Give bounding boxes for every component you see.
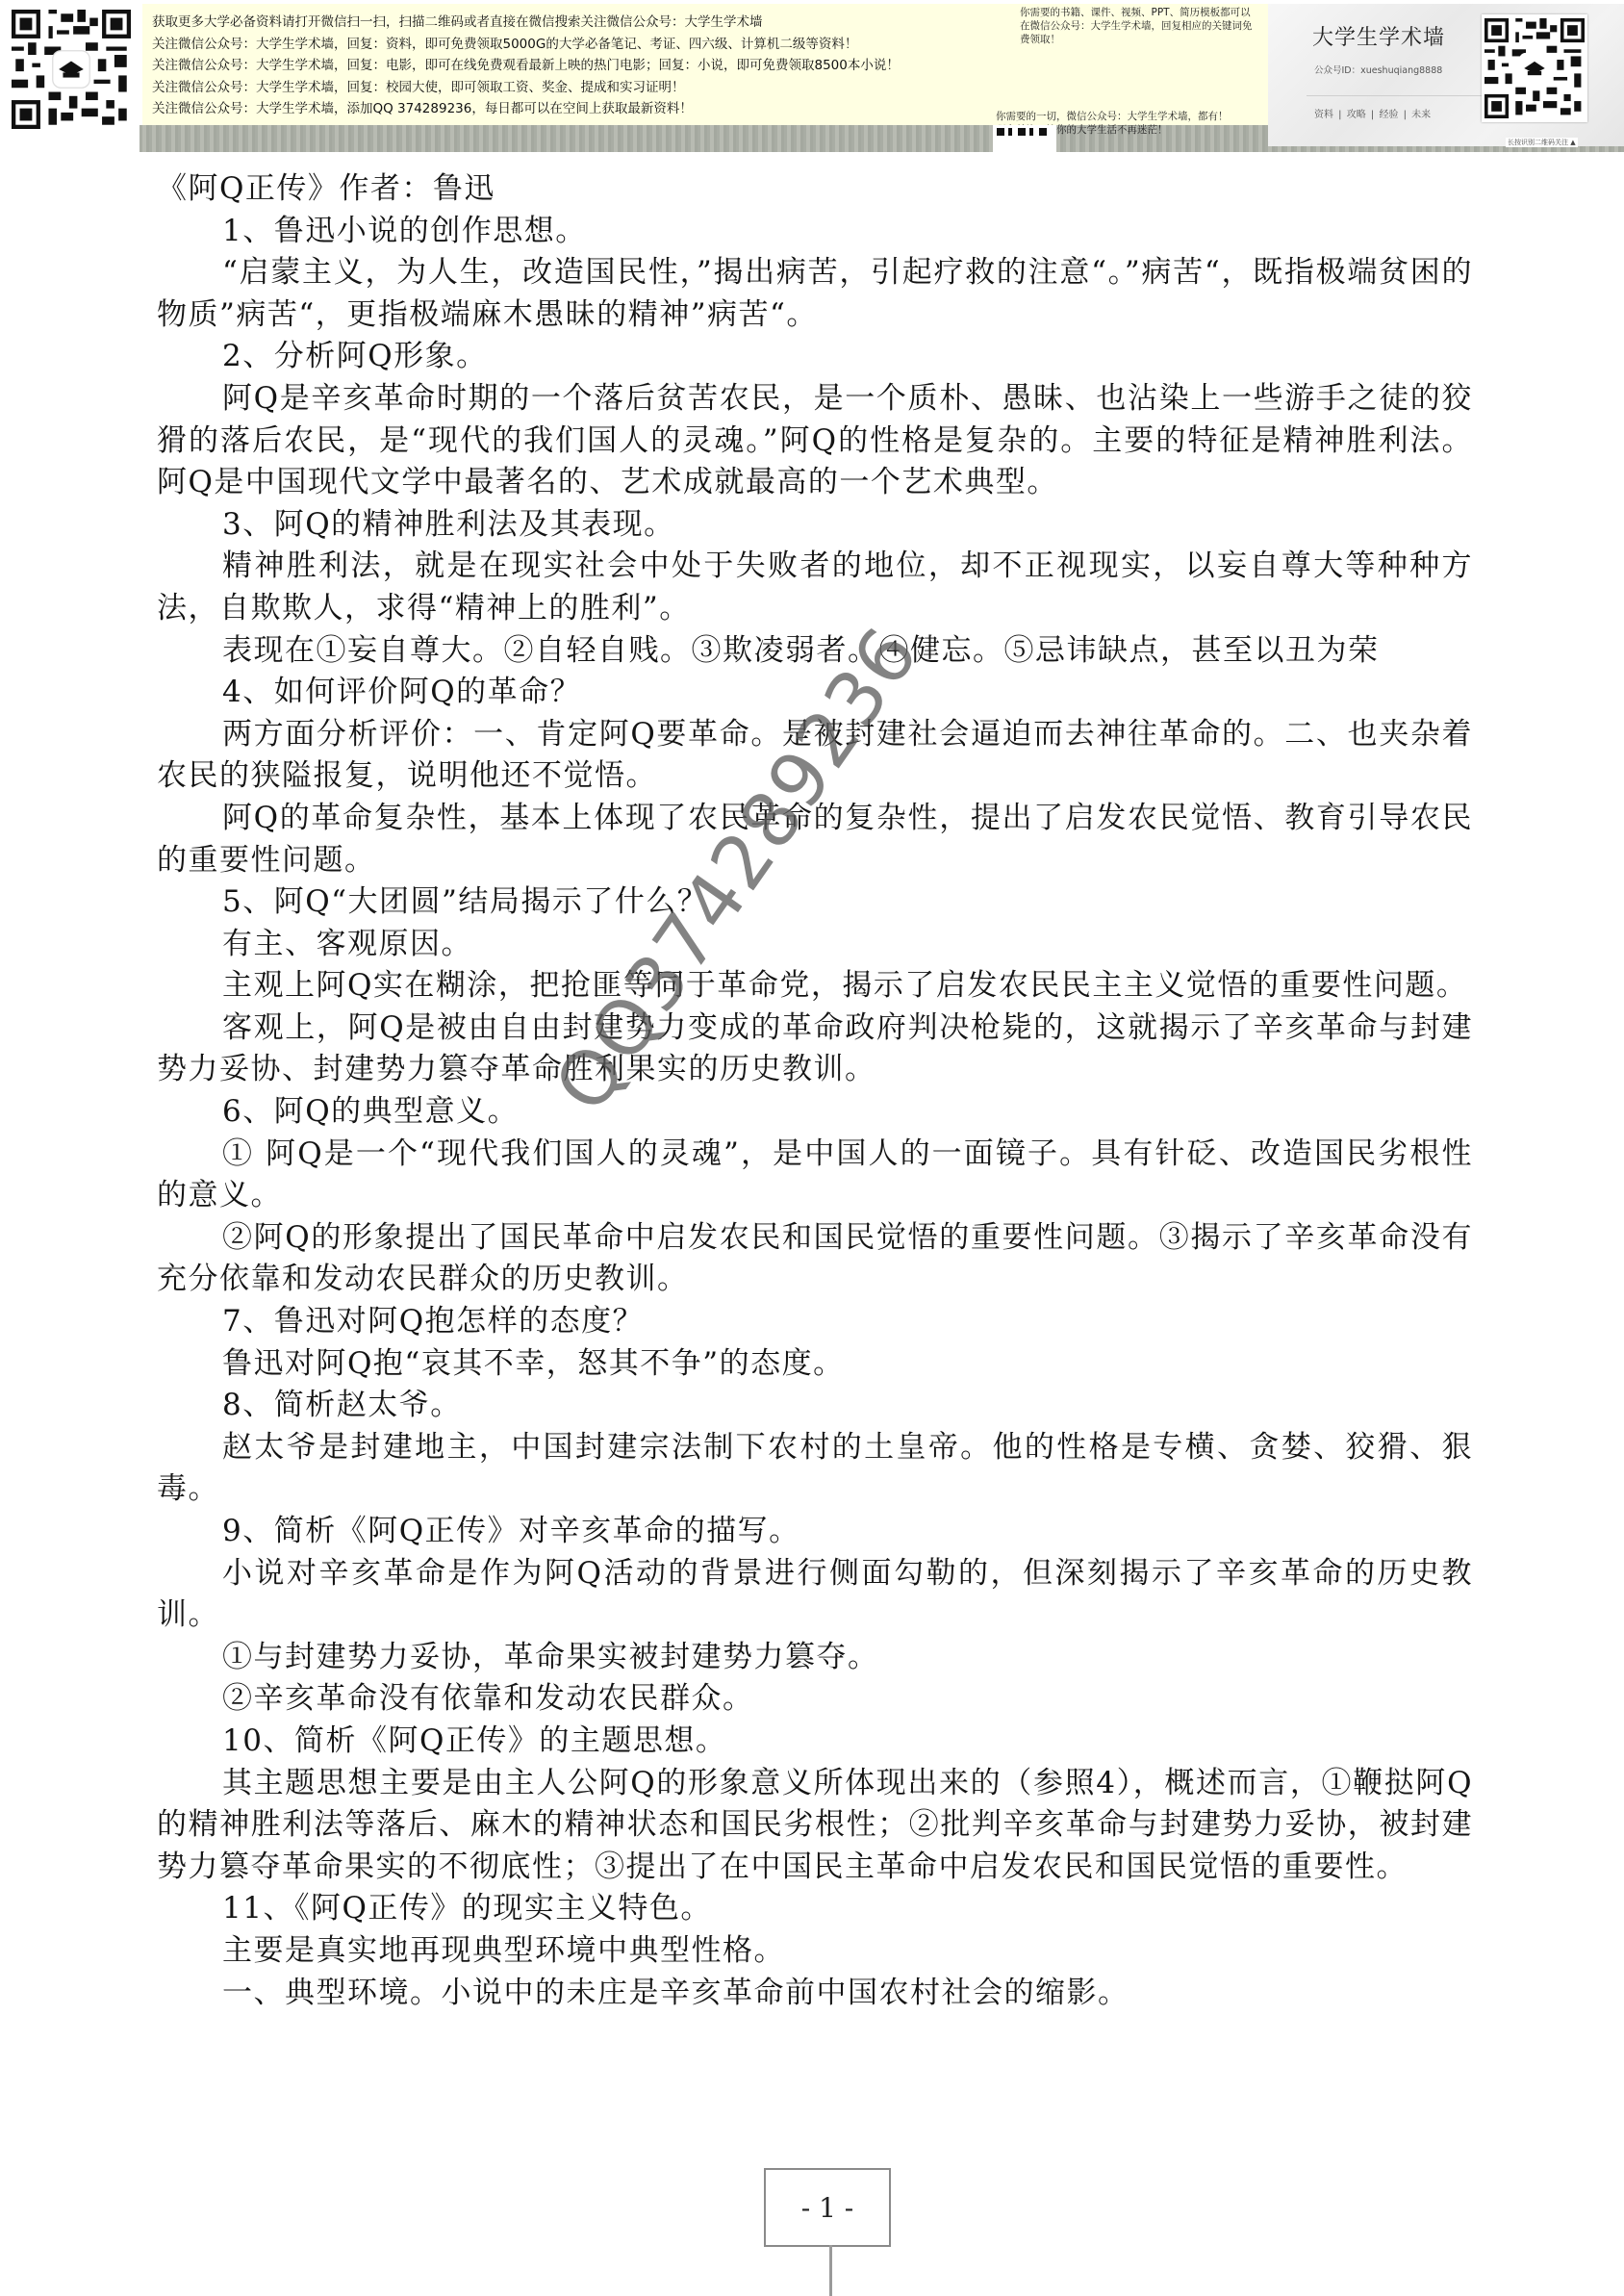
brand-tags: 资料 | 攻略 | 经验 | 未来: [1314, 106, 1431, 120]
brand-account-id: 公众号ID：xueshuqiang8888: [1314, 63, 1442, 76]
section-heading: 9、简析《阿Q正传》对辛亥革命的描写。: [157, 1511, 1473, 1553]
banner-side-note: 你需要的书籍、课件、视频、PPT、简历模板都可以在微信公众号：大学生学术墙，回复…: [1020, 6, 1260, 46]
paragraph: 客观上，阿Q是被由自由封建势力变成的革命政府判决枪毙的，这就揭示了辛亥革命与封建…: [157, 1008, 1473, 1091]
brand-divider: [1307, 95, 1489, 96]
page-number-box: - 1 -: [764, 2168, 891, 2247]
qr-code-icon: [8, 6, 135, 133]
paragraph: “启蒙主义，为人生，改造国民性，”揭出病苦，引起疗救的注意“。”病苦“，既指极端…: [157, 252, 1473, 336]
section-heading: 3、阿Q的精神胜利法及其表现。: [157, 504, 1473, 547]
section-heading: 2、分析阿Q形象。: [157, 336, 1473, 378]
section-heading: 4、如何评价阿Q的革命？: [157, 672, 1473, 714]
banner-line: 关注微信公众号：大学生学术墙，添加QQ 374289236，每日都可以在空间上获…: [152, 98, 999, 120]
section-heading: 10、简析《阿Q正传》的主题思想。: [157, 1721, 1473, 1763]
section-heading: 11、《阿Q正传》的现实主义特色。: [157, 1888, 1473, 1930]
banner-promo-lines: 获取更多大学必备资料请打开微信扫一扫，扫描二维码或者直接在微信搜索关注微信公众号…: [152, 12, 999, 120]
qr-code-icon: [1482, 14, 1587, 122]
document-body: 《阿Q正传》作者：鲁迅 1、鲁迅小说的创作思想。 “启蒙主义，为人生，改造国民性…: [157, 168, 1473, 2014]
paragraph: 主要是真实地再现典型环境中典型性格。: [157, 1930, 1473, 1973]
section-heading: 8、简析赵太爷。: [157, 1385, 1473, 1427]
section-heading: 7、鲁迅对阿Q抱怎样的态度？: [157, 1301, 1473, 1343]
qr-caption: 长按识别二维码关注 ▲: [1506, 138, 1578, 147]
ad-banner: 获取更多大学必备资料请打开微信扫一扫，扫描二维码或者直接在微信搜索关注微信公众号…: [0, 0, 1624, 152]
banner-line: 关注微信公众号：大学生学术墙，回复：电影，即可在线免费观看最新上映的热门电影；回…: [152, 55, 999, 77]
page-number: - 1 -: [801, 2192, 854, 2224]
paragraph: 两方面分析评价：一、肯定阿Q要革命。是被封建社会逼迫而去神往革命的。二、也夹杂着…: [157, 714, 1473, 798]
paragraph: 精神胜利法，就是在现实社会中处于失败者的地位，却不正视现实，以妄自尊大等种种方法…: [157, 546, 1473, 629]
paragraph: 其主题思想主要是由主人公阿Q的形象意义所体现出来的（参照4），概述而言，①鞭挞阿…: [157, 1763, 1473, 1889]
document-title: 《阿Q正传》作者：鲁迅: [157, 168, 1473, 211]
paragraph: ②辛亥革命没有依靠和发动农民群众。: [157, 1678, 1473, 1721]
banner-line: 获取更多大学必备资料请打开微信扫一扫，扫描二维码或者直接在微信搜索关注微信公众号…: [152, 12, 999, 34]
paragraph: 赵太爷是封建地主，中国封建宗法制下农村的土皇帝。他的性格是专横、贪婪、狡猾、狠毒…: [157, 1427, 1473, 1511]
paragraph: 主观上阿Q实在糊涂，把抢匪等同于革命党，揭示了启发农民民主主义觉悟的重要性问题。: [157, 965, 1473, 1008]
section-heading: 5、阿Q“大团圆”结局揭示了什么？: [157, 881, 1473, 924]
brand-title: 大学生学术墙: [1312, 21, 1445, 51]
paragraph: 鲁迅对阿Q抱“哀其不幸，怒其不争”的态度。: [157, 1343, 1473, 1386]
paragraph: 小说对辛亥革命是作为阿Q活动的背景进行侧面勾勒的，但深刻揭示了辛亥革命的历史教训…: [157, 1553, 1473, 1637]
paragraph: ① 阿Q是一个“现代我们国人的灵魂”，是中国人的一面镜子。具有针砭、改造国民劣根…: [157, 1134, 1473, 1217]
section-heading: 1、鲁迅小说的创作思想。: [157, 211, 1473, 253]
paragraph: 阿Q的革命复杂性，基本上体现了农民革命的复杂性，提出了启发农民觉悟、教育引导农民…: [157, 798, 1473, 881]
paragraph: 一、典型环境。小说中的未庄是辛亥革命前中国农村社会的缩影。: [157, 1973, 1473, 2015]
paragraph: ①与封建势力妥协，革命果实被封建势力篡夺。: [157, 1637, 1473, 1679]
paragraph: ②阿Q的形象提出了国民革命中启发农民和国民觉悟的重要性问题。③揭示了辛亥革命没有…: [157, 1217, 1473, 1301]
banner-line: 关注微信公众号：大学生学术墙，回复：资料，即可免费领取5000G的大学必备笔记、…: [152, 34, 999, 56]
page-number-connector-line: [829, 2245, 832, 2296]
banner-line: 关注微信公众号：大学生学术墙，回复：校园大使，即可领取工资、奖金、提成和实习证明…: [152, 77, 999, 99]
section-heading: 6、阿Q的典型意义。: [157, 1091, 1473, 1134]
paragraph: 阿Q是辛亥革命时期的一个落后贫苦农民，是一个质朴、愚昧、也沾染上一些游手之徒的狡…: [157, 378, 1473, 504]
paragraph: 有主、客观原因。: [157, 924, 1473, 966]
banner-side-note-line: 你需要的一切，微信公众号：大学生学术墙，都有！: [996, 110, 1265, 123]
partial-qr-image: [993, 125, 1056, 152]
paragraph: 表现在①妄自尊大。②自轻自贱。③欺凌弱者。④健忘。⑤忌讳缺点，甚至以丑为荣: [157, 630, 1473, 673]
